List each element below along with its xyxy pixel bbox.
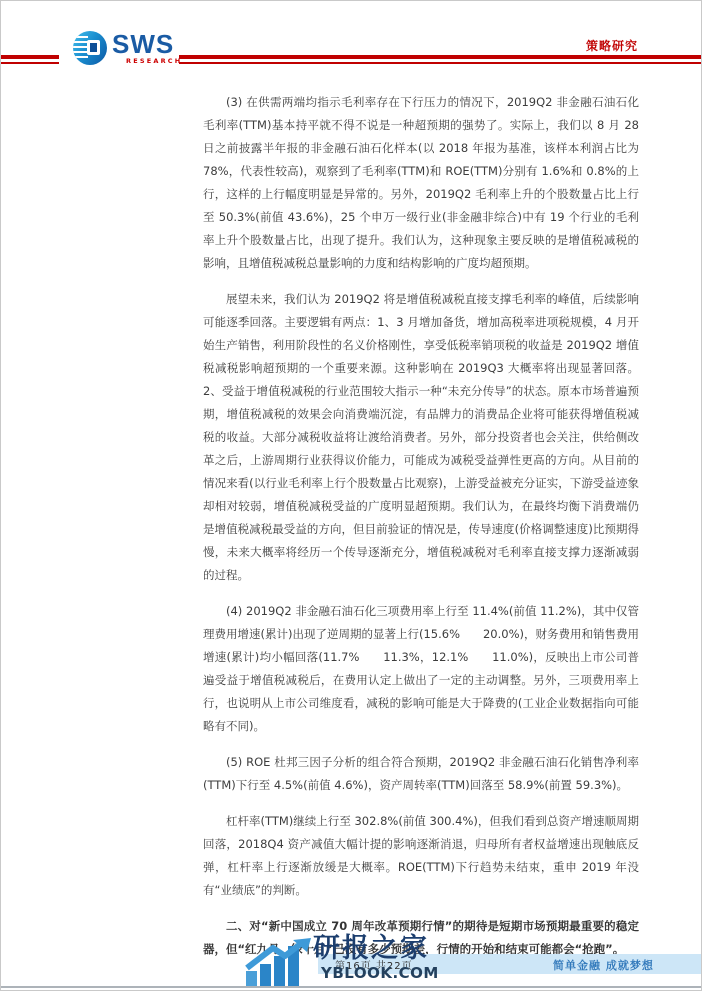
sws-wordmark: SWS [112, 31, 182, 57]
sws-research-label: RESEARCH [126, 58, 182, 65]
watermark-brand-domain: YBLOOK.COM [321, 964, 439, 982]
paragraph: (4) 2019Q2 非金融石油石化三项费用率上行至 11.4%(前值 11.2… [203, 600, 639, 738]
footer-divider-line [1, 986, 701, 988]
header-rule-right-thin [179, 62, 701, 64]
globe-window [87, 40, 100, 55]
sws-globe-icon [73, 31, 107, 65]
footer-slogan: 简单金融 成就梦想 [553, 957, 654, 973]
sws-logo: SWS RESEARCH [73, 31, 182, 65]
globe-stripes [73, 36, 88, 61]
sws-logo-text: SWS RESEARCH [112, 31, 182, 65]
watermark-chart-icon [245, 938, 311, 988]
header-rule-right-thick [179, 55, 701, 59]
paragraph: (3) 在供需两端均指示毛利率存在下行压力的情况下，2019Q2 非金融石油石化… [203, 91, 639, 275]
paragraph: 展望未来，我们认为 2019Q2 将是增值税减税直接支撑毛利率的峰值，后续影响可… [203, 288, 639, 587]
header-rule-left-thick [1, 55, 59, 59]
globe-window-inner [90, 43, 97, 52]
watermark-brand-name: 研报之家 [313, 934, 429, 964]
report-category-label: 策略研究 [586, 37, 638, 54]
paragraph: (5) ROE 杜邦三因子分析的组合符合预期，2019Q2 非金融石油石化销售净… [203, 751, 639, 797]
header-rule-left-thin [1, 62, 59, 64]
document-body: (3) 在供需两端均指示毛利率存在下行压力的情况下，2019Q2 非金融石油石化… [203, 91, 639, 974]
report-page: SWS RESEARCH 策略研究 (3) 在供需两端均指示毛利率存在下行压力的… [0, 0, 702, 991]
paragraph: 杠杆率(TTM)继续上行至 302.8%(前值 300.4%)，但我们看到总资产… [203, 810, 639, 902]
